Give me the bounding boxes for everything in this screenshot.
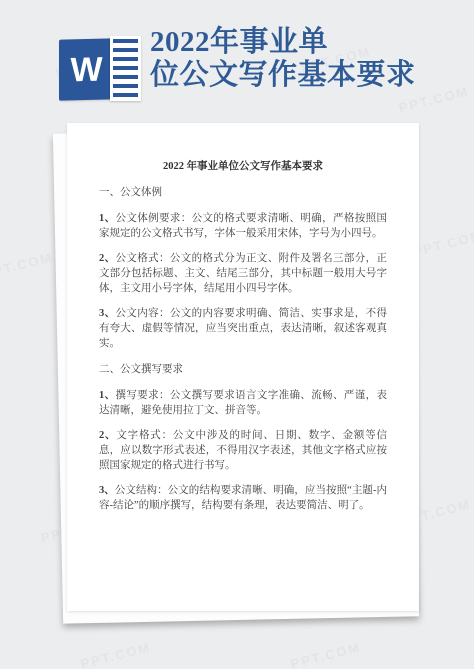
word-icon-document-lines — [113, 39, 138, 98]
preview-title-line1: 2022年事业单 — [150, 26, 470, 59]
word-icon-panel: W — [59, 38, 114, 100]
preview-header: W 2022年事业单 位公文写作基本要求 — [0, 0, 474, 112]
paragraph-number: 3、 — [99, 308, 116, 319]
paragraph-text: 文字格式：公文中涉及的时间、日期、数字、金额等信息，应以数字形式表述，不得用汉字… — [99, 430, 387, 471]
paragraph-number: 1、 — [99, 213, 116, 224]
paragraph: 3、公文结构：公文的结构要求清晰、明确，应当按照“主题-内容-结论”的顺序撰写，… — [99, 483, 387, 513]
paragraph-text: 公文结构：公文的结构要求清晰、明确，应当按照“主题-内容-结论”的顺序撰写，结构… — [99, 485, 387, 511]
section-heading-1: 一、公文体例 — [99, 185, 387, 200]
word-icon-letter: W — [70, 52, 102, 87]
section-heading-2: 二、公文撰写要求 — [99, 362, 387, 377]
preview-stage: PPT.COM PPT.COM PPT.COM PPT.COM PPT.COM … — [0, 0, 474, 669]
paragraph: 2、公文格式：公文的格式分为正文、附件及署名三部分，正文部分包括标题、主文、结尾… — [99, 251, 387, 296]
paragraph-number: 1、 — [99, 390, 116, 401]
document-content: 2022 年事业单位公文写作基本要求 一、公文体例 1、公文体例要求：公文的格式… — [67, 123, 419, 513]
paragraph: 1、撰写要求：公文撰写要求语言文字准确、流畅、严谨，表达清晰，避免使用拉丁文、拼… — [99, 388, 387, 418]
paragraph-number: 3、 — [99, 485, 115, 496]
paragraph-number: 2、 — [99, 430, 116, 441]
paragraph-text: 公文内容：公文的内容要求明确、简洁、实事求是，不得有夸大、虚假等情况，应当突出重… — [99, 308, 387, 349]
watermark-text: PPT.COM — [411, 228, 474, 260]
watermark-text: PPT.COM — [289, 640, 362, 669]
word-icon: W — [59, 36, 141, 105]
preview-title: 2022年事业单 位公文写作基本要求 — [150, 26, 470, 92]
watermark-text: PPT.COM — [79, 640, 152, 669]
preview-title-line2: 位公文写作基本要求 — [150, 59, 470, 92]
word-icon-document — [110, 36, 141, 101]
document-title: 2022 年事业单位公文写作基本要求 — [99, 159, 387, 174]
paragraph-text: 公文体例要求：公文的格式要求清晰、明确，严格按照国家规定的公文格式书写，字体一般… — [99, 213, 387, 239]
paragraph-text: 撰写要求：公文撰写要求语言文字准确、流畅、严谨，表达清晰，避免使用拉丁文、拼音等… — [99, 390, 387, 416]
paragraph-text: 公文格式：公文的格式分为正文、附件及署名三部分，正文部分包括标题、主文、结尾三部… — [99, 253, 387, 294]
watermark-text: PPT.COM — [0, 250, 55, 282]
paragraph: 3、公文内容：公文的内容要求明确、简洁、实事求是，不得有夸大、虚假等情况，应当突… — [99, 306, 387, 351]
paragraph-number: 2、 — [99, 253, 116, 264]
paragraph: 1、公文体例要求：公文的格式要求清晰、明确，严格按照国家规定的公文格式书写，字体… — [99, 211, 387, 241]
paragraph: 2、文字格式：公文中涉及的时间、日期、数字、金额等信息，应以数字形式表述，不得用… — [99, 428, 387, 473]
document-page: 2022 年事业单位公文写作基本要求 一、公文体例 1、公文体例要求：公文的格式… — [67, 123, 419, 611]
